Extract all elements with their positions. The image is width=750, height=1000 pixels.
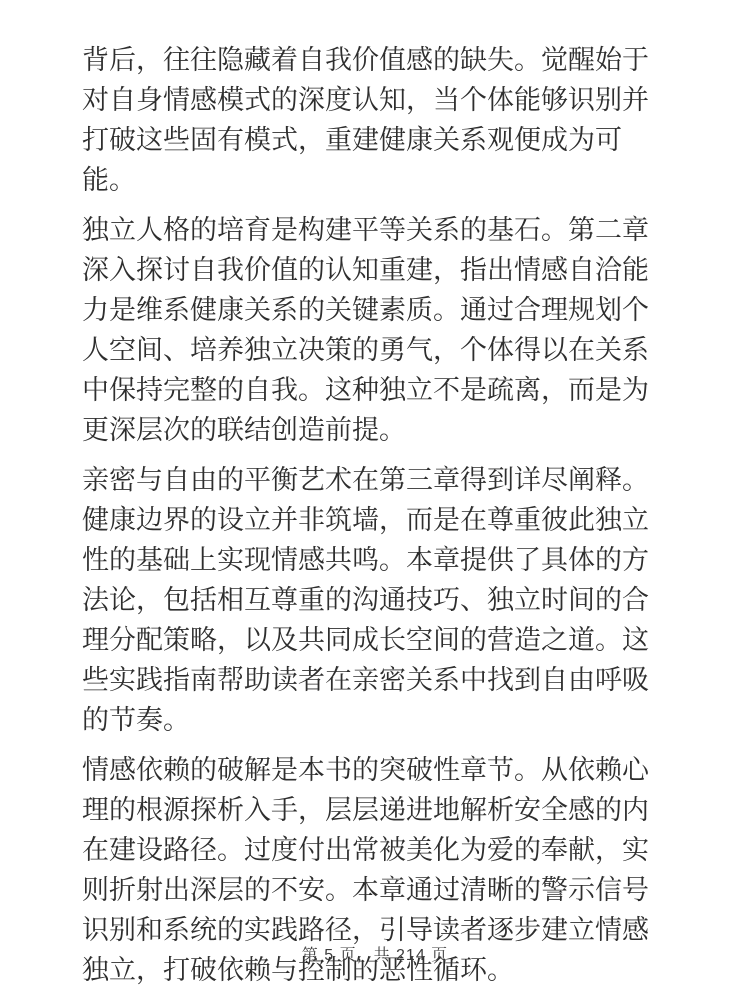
- body-paragraph-3: 亲密与自由的平衡艺术在第三章得到详尽阐释。健康边界的设立并非筑墙，而是在尊重彼此…: [82, 460, 674, 740]
- body-paragraph-2: 独立人格的培育是构建平等关系的基石。第二章深入探讨自我价值的认知重建，指出情感自…: [82, 210, 674, 450]
- page-number-indicator: 第 5 页，共 214 页: [0, 942, 750, 965]
- reader-page: 背后，往往隐藏着自我价值感的缺失。觉醒始于对自身情感模式的深度认知，当个体能够识…: [0, 0, 750, 1000]
- page-text-content: 背后，往往隐藏着自我价值感的缺失。觉醒始于对自身情感模式的深度认知，当个体能够识…: [0, 0, 750, 990]
- body-paragraph-1: 背后，往往隐藏着自我价值感的缺失。觉醒始于对自身情感模式的深度认知，当个体能够识…: [82, 40, 674, 200]
